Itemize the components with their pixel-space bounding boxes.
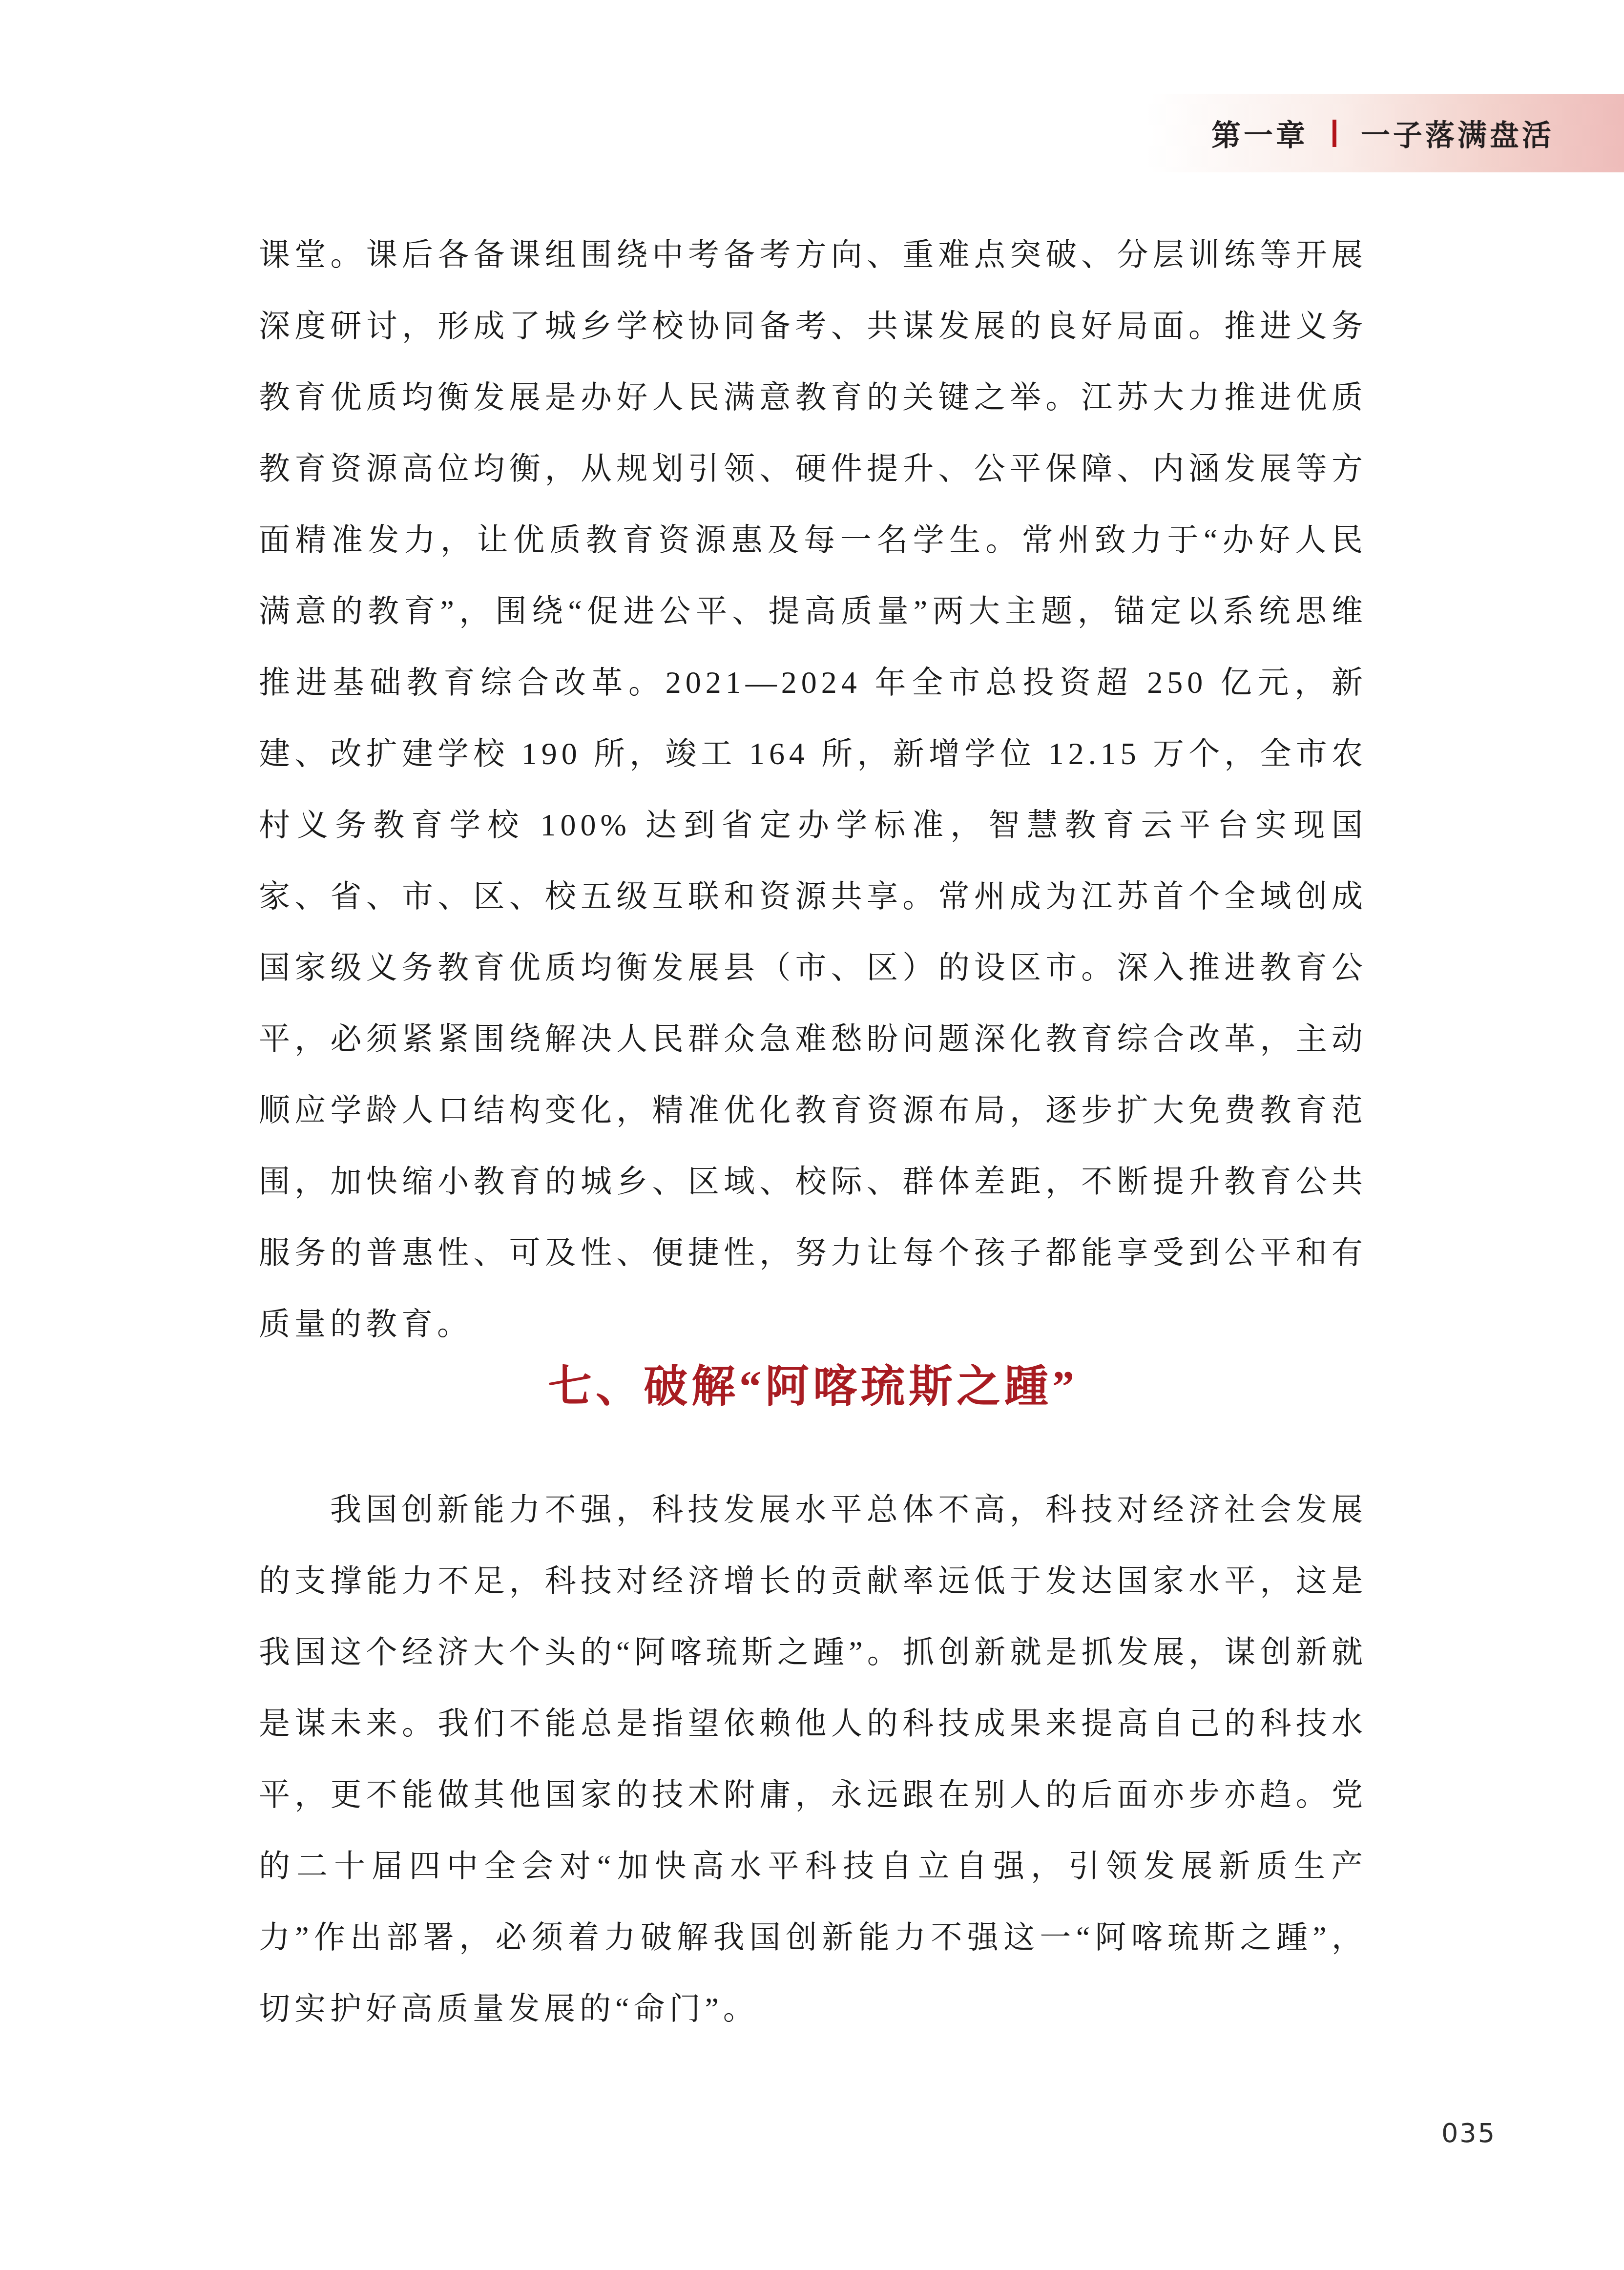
body-paragraph-1-container: 课堂。课后各备课组围绕中考备考方向、重难点突破、分层训练等开展深度研讨，形成了城… [259,219,1367,1360]
chapter-header-band: 第一章 一子落满盘活 [1147,94,1624,172]
body-paragraph-1: 课堂。课后各备课组围绕中考备考方向、重难点突破、分层训练等开展深度研讨，形成了城… [259,219,1367,1360]
body-paragraph-2-container: 我国创新能力不强，科技发展水平总体不高，科技对经济社会发展的支撑能力不足，科技对… [259,1474,1367,2044]
header-separator-bar [1333,120,1336,147]
book-page: { "header": { "chapter": "第一章", "title":… [0,0,1624,2270]
page-number: 035 [1441,2118,1496,2148]
body-paragraph-2: 我国创新能力不强，科技发展水平总体不高，科技对经济社会发展的支撑能力不足，科技对… [259,1474,1367,2044]
chapter-number-label: 第一章 [1211,112,1308,154]
section-heading: 七、破解“阿喀琉斯之踵” [259,1358,1367,1416]
chapter-title-label: 一子落满盘活 [1361,112,1554,154]
